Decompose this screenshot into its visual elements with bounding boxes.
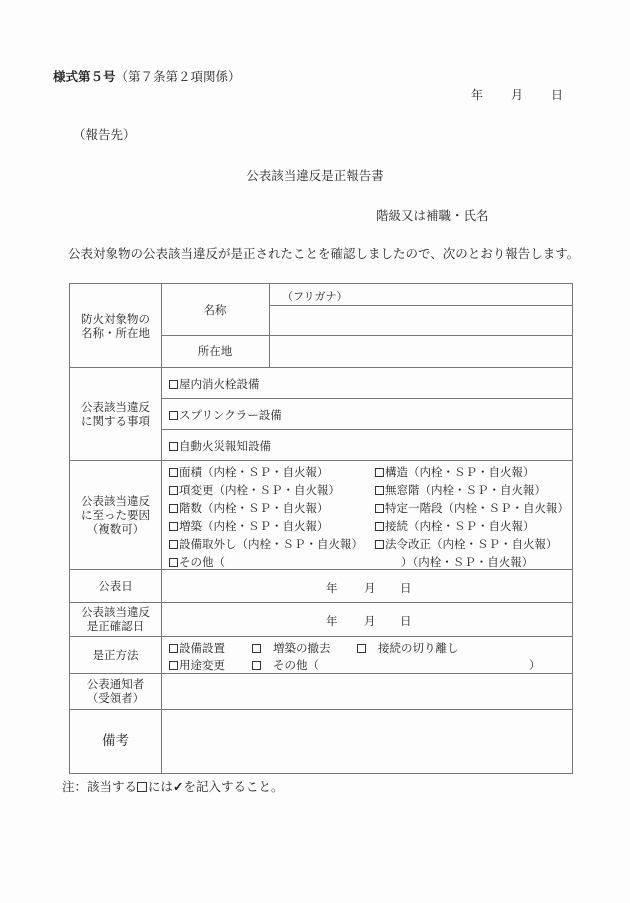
address-label: 所在地 — [161, 335, 269, 367]
correction-year: 年 — [326, 613, 338, 629]
method-disconnect[interactable]: 接続の切り離し — [357, 640, 459, 656]
correction-day: 日 — [400, 613, 412, 629]
cause-area[interactable]: 面積（内栓・ＳＰ・自火報） — [169, 464, 329, 480]
checkbox-icon[interactable] — [169, 442, 178, 451]
option-sprinkler[interactable]: スプリンクラー設備 — [169, 407, 282, 423]
checkbox-icon[interactable] — [169, 661, 178, 670]
name-label: 名称 — [161, 284, 269, 335]
option-indoor-hydrant[interactable]: 屋内消火栓設備 — [169, 376, 260, 392]
checkbox-icon[interactable] — [169, 522, 178, 531]
method-install-equipment[interactable]: 設備設置 — [169, 640, 225, 656]
report-table: 防火対象物の名称・所在地 名称 （フリガナ） 所在地 公表該当違反に関する事項 … — [69, 283, 573, 774]
causes-label: 公表該当違反に至った要因（複数可） — [70, 460, 161, 569]
checkbox-icon[interactable] — [375, 522, 384, 531]
checkbox-icon[interactable] — [169, 504, 178, 513]
checkbox-icon[interactable] — [375, 540, 384, 549]
publication-date-label: 公表日 — [70, 569, 161, 602]
notified-input[interactable] — [163, 675, 572, 708]
checkbox-icon[interactable] — [169, 644, 178, 653]
publication-day: 日 — [400, 580, 412, 596]
cause-law-revision[interactable]: 法令改正（内栓・ＳＰ・自火報） — [375, 536, 558, 552]
checkbox-icon[interactable] — [169, 468, 178, 477]
method-remove-extension[interactable]: 増築の撤去 — [252, 640, 331, 656]
date-month: 月 — [511, 86, 523, 103]
publication-year: 年 — [326, 580, 338, 596]
correction-date-label: 公表該当違反是正確認日 — [70, 602, 161, 636]
form-number: 様式第５号（第７条第２項関係） — [53, 67, 241, 85]
checkbox-icon[interactable] — [169, 558, 178, 567]
method-other-close: ） — [529, 657, 541, 673]
cause-single-stair[interactable]: 特定一階段（内栓・ＳＰ・自火報） — [375, 500, 569, 516]
rank-name-label: 階級又は補職・氏名 — [376, 206, 489, 224]
cause-other[interactable]: その他（ — [169, 554, 225, 570]
property-label: 防火対象物の名称・所在地 — [70, 284, 161, 367]
remarks-input[interactable] — [163, 711, 572, 772]
checkbox-icon[interactable] — [357, 644, 366, 653]
report-to: （報告先） — [73, 125, 136, 143]
cause-other-suffix: ）（内栓・ＳＰ・自火報） — [401, 554, 533, 570]
checkbox-icon[interactable] — [169, 380, 178, 389]
option-fire-alarm[interactable]: 自動火災報知設備 — [169, 438, 271, 454]
violation-items-label: 公表該当違反に関する事項 — [70, 367, 161, 460]
checkbox-icon — [137, 782, 147, 792]
checkbox-icon[interactable] — [169, 540, 178, 549]
cause-equipment-removal[interactable]: 設備取外し（内栓・ＳＰ・自火報） — [169, 536, 363, 552]
furigana-label: （フリガナ） — [282, 288, 347, 304]
note: 注：該当するには✓を記入すること。 — [62, 777, 284, 795]
date-day: 日 — [551, 86, 563, 103]
checkbox-icon[interactable] — [375, 468, 384, 477]
cause-windowless[interactable]: 無窓階（内栓・ＳＰ・自火報） — [375, 482, 546, 498]
name-input[interactable] — [270, 306, 572, 334]
check-icon: ✓ — [173, 779, 183, 794]
correction-month: 月 — [364, 613, 376, 629]
checkbox-icon[interactable] — [169, 486, 178, 495]
cause-floors[interactable]: 階数（内栓・ＳＰ・自火報） — [169, 500, 329, 516]
cause-connection[interactable]: 接続（内栓・ＳＰ・自火報） — [375, 518, 535, 534]
cause-use-change[interactable]: 項変更（内栓・ＳＰ・自火報） — [169, 482, 340, 498]
address-input[interactable] — [270, 336, 572, 366]
method-other[interactable]: その他（ — [252, 657, 319, 673]
remarks-label: 備考 — [70, 709, 161, 773]
date-year: 年 — [471, 86, 483, 103]
checkbox-icon[interactable] — [375, 486, 384, 495]
checkbox-icon[interactable] — [252, 644, 261, 653]
method-use-change[interactable]: 用途変更 — [169, 657, 225, 673]
document-title: 公表該当違反是正報告書 — [0, 166, 630, 184]
checkbox-icon[interactable] — [169, 411, 178, 420]
cause-extension[interactable]: 増築（内栓・ＳＰ・自火報） — [169, 518, 329, 534]
checkbox-icon[interactable] — [252, 661, 261, 670]
checkbox-icon[interactable] — [375, 504, 384, 513]
intro-text: 公表対象物の公表該当違反が是正されたことを確認しましたので、次のとおり報告します… — [55, 244, 580, 264]
correction-method-label: 是正方法 — [70, 636, 161, 673]
cause-structure[interactable]: 構造（内栓・ＳＰ・自火報） — [375, 464, 535, 480]
publication-month: 月 — [364, 580, 376, 596]
notified-label: 公表通知者（受領者） — [70, 673, 161, 709]
